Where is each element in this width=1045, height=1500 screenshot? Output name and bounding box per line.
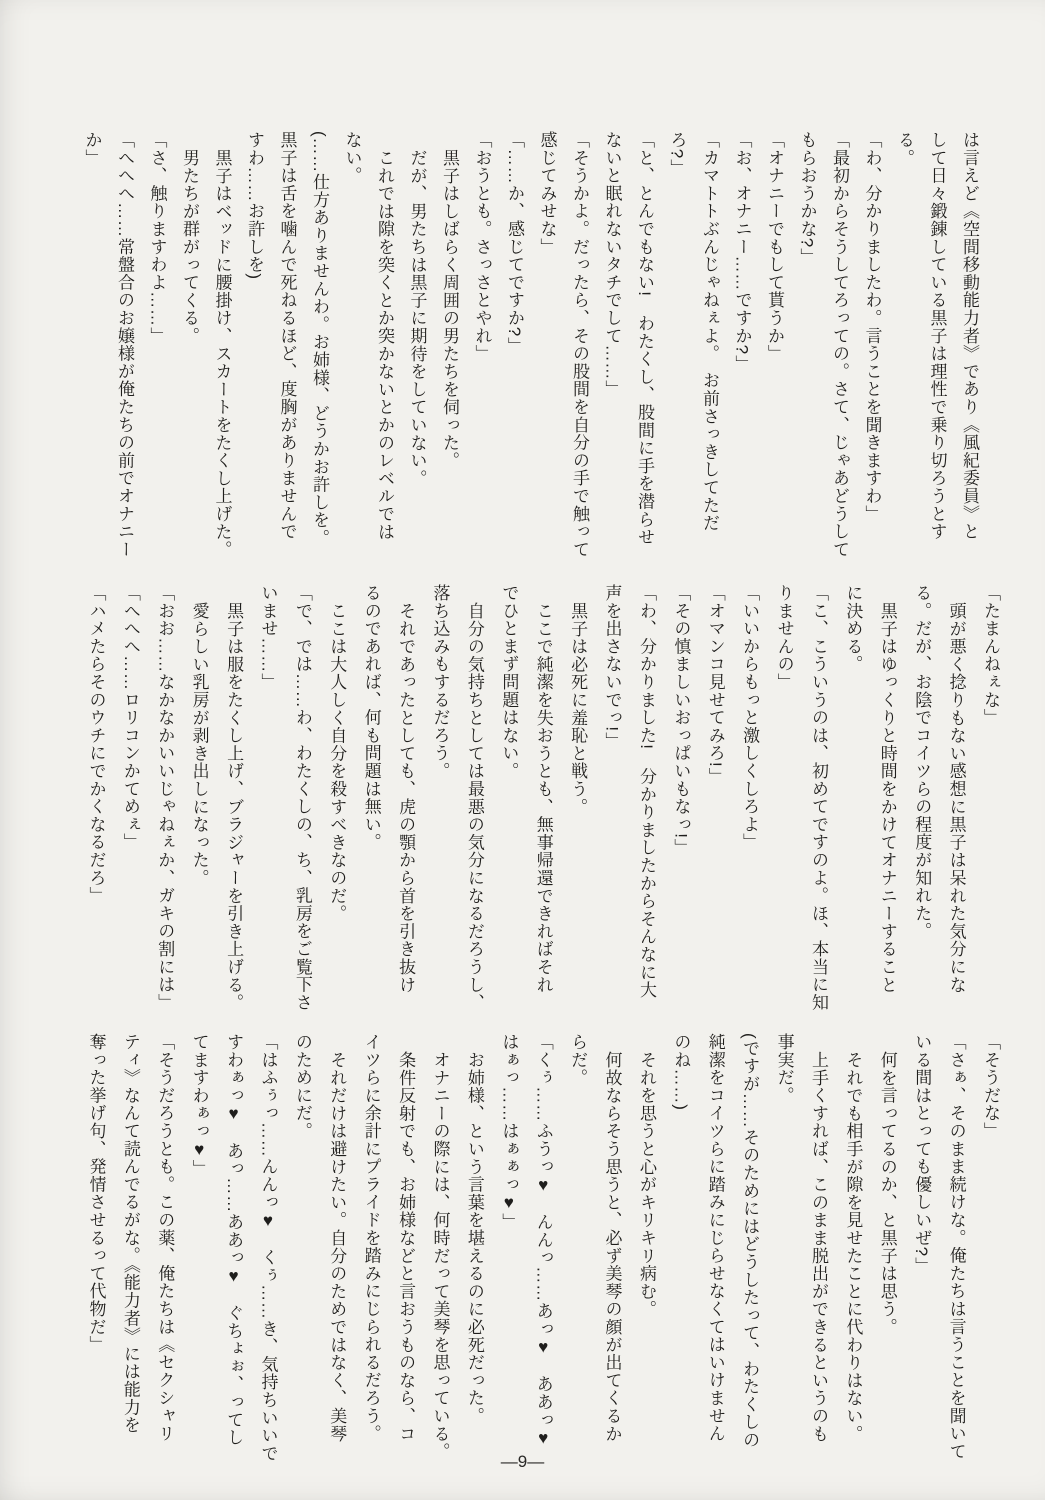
text-column: 愛らしい乳房が剥き出しになった。 — [181, 584, 215, 1016]
text-column: 「こ、こういうのは、初めてですのよ。ほ、本当に知 — [801, 584, 835, 1016]
text-column: ここは大人しく自分を殺すべきなのだ。 — [319, 584, 353, 1016]
text-column: これでは隙を突くとか突かないとかのレベルでは — [368, 131, 401, 563]
text-column: 黒子はしばらく周囲の男たちを伺った。 — [433, 131, 466, 563]
text-column: すわ……お許しを) — [238, 131, 271, 563]
text-column: オナニーの際には、何時だって美琴を思っている。 — [422, 1033, 456, 1465]
text-column: る。だが、お陰でコイツらの程度が知れた。 — [904, 584, 938, 1016]
text-column: 上手くすれば、このまま脱出ができるというのも — [801, 1033, 835, 1465]
text-column: もらおうかな?」 — [790, 131, 823, 563]
text-column: それでも相手が隙を見せたことに代わりはない。 — [835, 1033, 869, 1465]
text-column: 「いいからもっと激しくしろよ」 — [732, 584, 766, 1016]
text-column: 「そうかよ。だったら、その股間を自分の手で触って — [563, 131, 596, 563]
text-column: 「たまんねぇな」 — [973, 584, 1007, 1016]
text-column: 黒子は舌を噛んで死ねるほど、度胸がありませんで — [270, 131, 303, 563]
text-column: 「で、では……わ、わたくしの、ち、乳房をご覧下さ — [284, 584, 318, 1016]
text-column: でひとまず問題はない。 — [491, 584, 525, 1016]
scanned-novel-page: は言えど《空間移動能力者》であり《風紀委員》として日々鍛錬している黒子は理性で乗… — [0, 0, 1045, 1500]
text-column: 条件反射でも、お姉様などと言おうものなら、コ — [388, 1033, 422, 1465]
text-column: てますわぁっ♥」 — [181, 1033, 215, 1465]
text-column: 「わ、分かりました! 分かりましたからそんなに大 — [629, 584, 663, 1016]
text-column: 純潔をコイツらに踏みにじらせなくてはいけません — [697, 1033, 731, 1465]
text-column: それであったとしても、虎の顎から首を引き抜け — [388, 584, 422, 1016]
text-column: 「へへへ……常盤合のお嬢様が俺たちの前でオナニー — [108, 131, 141, 563]
text-column: 落ち込みもするだろう。 — [422, 584, 456, 1016]
text-band-bottom: 「そうだな」「さぁ、そのまま続けな。俺たちは言うことを聞いている間はとっても優し… — [78, 1033, 1007, 1465]
text-column: 何を言ってるのか、と黒子は思う。 — [869, 1033, 903, 1465]
text-column: るのであれば、何も問題は無い。 — [353, 584, 387, 1016]
text-column: ここで純潔を失おうとも、無事帰還できればそれ — [525, 584, 559, 1016]
text-column: 「ハメたらそのウチにでかくなるだろ」 — [78, 584, 112, 1016]
text-column: すわぁっ♥ あっ……ああっ♥ ぐちょぉ、ってし — [216, 1033, 250, 1465]
text-column: 「おうとも。さっさとやれ」 — [465, 131, 498, 563]
text-column: 黒子はベッドに腰掛け、スカートをたくし上げた。 — [205, 131, 238, 563]
text-column: 「さ、触りますわよ……」 — [140, 131, 173, 563]
text-band-middle: 「たまんねぇな」頭が悪く捻りもない感想に黒子は呆れた気分になる。だが、お陰でコイ… — [78, 584, 1007, 1016]
text-column: いる間はとっても優しいぜ?」 — [904, 1033, 938, 1465]
text-column: (……仕方ありませんわ。お姉様、どうかお許しを。 — [303, 131, 336, 563]
text-column: のためにだ。 — [284, 1033, 318, 1465]
text-column: 「へへへ……ロリコンかてめぇ」 — [112, 584, 146, 1016]
text-column: 「その慎ましいおっぱいもなっ!」 — [663, 584, 697, 1016]
text-column: に決める。 — [835, 584, 869, 1016]
text-column: 「はふぅっ……んんっ♥ くぅ……き、気持ちいいで — [250, 1033, 284, 1465]
text-column: 「オナニーでもして貰うか」 — [758, 131, 791, 563]
text-column: 黒子は必死に羞恥と戦う。 — [560, 584, 594, 1016]
text-column: 事実だ。 — [766, 1033, 800, 1465]
text-column: 「そうだろうとも。この薬、俺たちは《セクシャリ — [147, 1033, 181, 1465]
text-column: 「と、とんでもない! わたくし、股間に手を潜らせ — [628, 131, 661, 563]
text-column: はぁっ……はぁぁっ♥」 — [491, 1033, 525, 1465]
text-column: お姉様、という言葉を堪えるのに必死だった。 — [457, 1033, 491, 1465]
text-column: それを思うと心がキリキリ病む。 — [629, 1033, 663, 1465]
page-number: —9— — [0, 1452, 1045, 1472]
text-column: のね……) — [663, 1033, 697, 1465]
text-column: か」 — [75, 131, 108, 563]
text-column: 黒子はゆっくりと時間をかけてオナニーすること — [869, 584, 903, 1016]
text-column: 「カマトトぶんじゃねぇよ。 お前さっきしてただ — [693, 131, 726, 563]
text-column: それだけは避けたい。自分のためではなく、美琴 — [319, 1033, 353, 1465]
text-column: りませんの」 — [766, 584, 800, 1016]
text-column: 声を出さないでっ!」 — [594, 584, 628, 1016]
text-column: いませ……」 — [250, 584, 284, 1016]
text-column: ティ》なんて読んでるがな。《能力者》には能力を — [112, 1033, 146, 1465]
text-band-top: は言えど《空間移動能力者》であり《風紀委員》として日々鍛錬している黒子は理性で乗… — [75, 131, 985, 563]
text-column: 何故ならそう思うと、必ず美琴の顔が出てくるか — [594, 1033, 628, 1465]
text-column: 自分の気持ちとしては最悪の気分になるだろうし、 — [457, 584, 491, 1016]
text-column: らだ。 — [560, 1033, 594, 1465]
text-column: 「そうだな」 — [973, 1033, 1007, 1465]
text-column: ろ?」 — [660, 131, 693, 563]
text-column: 感じてみせな」 — [530, 131, 563, 563]
text-column: して日々鍛錬している黒子は理性で乗り切ろうとす — [920, 131, 953, 563]
text-column: 「わ、分かりましたわ。言うことを聞きますわ」 — [855, 131, 888, 563]
text-column: 奪った挙げ句、発情させるって代物だ」 — [78, 1033, 112, 1465]
text-column: 黒子は服をたくし上げ、ブラジャーを引き上げる。 — [216, 584, 250, 1016]
text-column: 「さぁ、そのまま続けな。俺たちは言うことを聞いて — [938, 1033, 972, 1465]
text-column: イツらに余計にプライドを踏みにじられるだろう。 — [353, 1033, 387, 1465]
text-column: 「……か、感じてですか?」 — [498, 131, 531, 563]
text-column: だが、男たちは黒子に期待をしていない。 — [400, 131, 433, 563]
text-column: 頭が悪く捻りもない感想に黒子は呆れた気分にな — [938, 584, 972, 1016]
text-column: (ですが……そのためにはどうしたって、わたくしの — [732, 1033, 766, 1465]
text-column: る。 — [888, 131, 921, 563]
text-column: は言えど《空間移動能力者》であり《風紀委員》と — [953, 131, 986, 563]
text-column: 「くぅ……ふうっ♥ んんっ……あっ♥ ああっ♥ — [525, 1033, 559, 1465]
text-column: 「オマンコ見せてみろ!」 — [697, 584, 731, 1016]
text-column: 男たちが群がってくる。 — [173, 131, 206, 563]
text-column: 「お、オナニー……ですか?」 — [725, 131, 758, 563]
text-column: ないと眠れないタチでして……」 — [595, 131, 628, 563]
text-column: 「最初からそうしてろっての。さて、じゃあどうして — [823, 131, 856, 563]
text-column: ない。 — [335, 131, 368, 563]
text-column: 「おお……なかなかいいじゃねぇか、ガキの割には」 — [147, 584, 181, 1016]
